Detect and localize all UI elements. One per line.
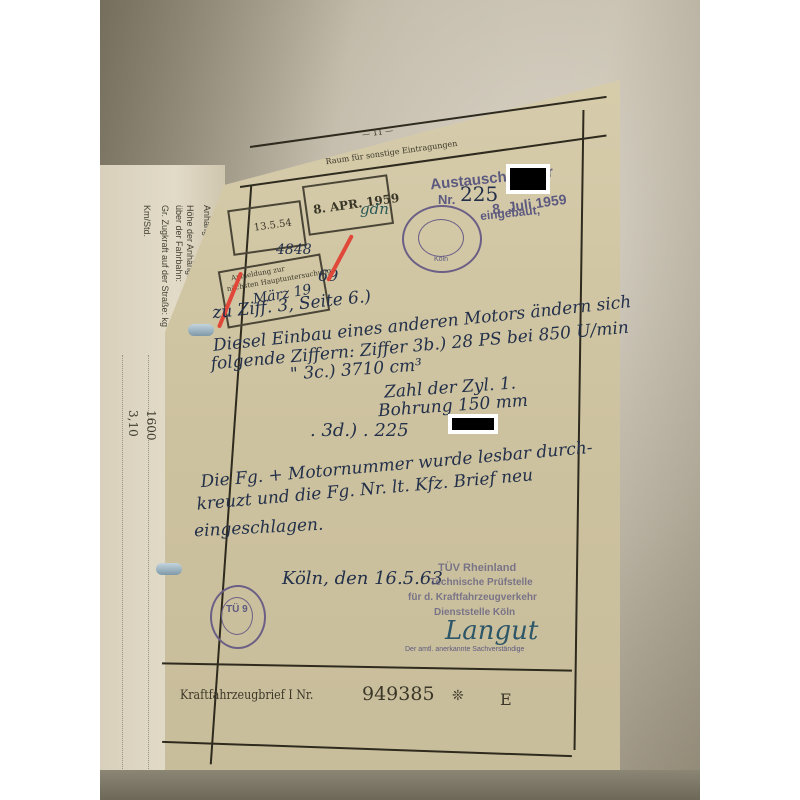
footer-number: 949385 <box>362 683 435 705</box>
small-stamp-date: 13.5.54 <box>253 218 292 234</box>
binding-string <box>188 324 214 336</box>
round-stamp-tu-text: TÜ 9 <box>226 604 248 615</box>
round-stamp-tu <box>210 585 266 649</box>
document-photo: Anhängebolzen Ø: mm Höhe der Anhängekupp… <box>100 0 700 800</box>
footer-symbol-icon: ❊ <box>452 688 464 704</box>
tuv-line-2: Technische Prüfstelle <box>430 577 533 588</box>
dotted-guide <box>122 355 123 775</box>
ref-number: 4848 <box>276 242 312 258</box>
redacted-box <box>448 414 498 434</box>
round-stamp-city: Köln <box>434 256 448 263</box>
left-value-traction: 1600 <box>144 410 158 441</box>
binding-string <box>156 563 182 575</box>
left-label-traction: Gr. Zugkraft auf der Straße: kg <box>160 205 170 327</box>
tuv-footer: Der amtl. anerkannte Sachverständige <box>405 646 524 653</box>
tuv-signature: Langut <box>445 616 538 646</box>
dated-stamp-initials: gdn <box>360 200 389 218</box>
left-label-speed: Km/Std. <box>142 205 152 237</box>
footer-suffix: E <box>500 690 512 709</box>
tuv-line-3: für d. Kraftfahrzeugverkehr <box>408 592 537 603</box>
entry-line-7: . 3d.) . 225 <box>310 420 409 441</box>
redacted-box <box>506 164 550 194</box>
footer-label: Kraftfahrzeugbrief I Nr. <box>180 688 313 703</box>
table-surface <box>100 770 700 800</box>
place-date: Köln, den 16.5.63 <box>282 568 443 589</box>
tuv-line-1: TÜV Rheinland <box>438 562 516 574</box>
left-value-speed: 3,10 <box>126 410 140 437</box>
